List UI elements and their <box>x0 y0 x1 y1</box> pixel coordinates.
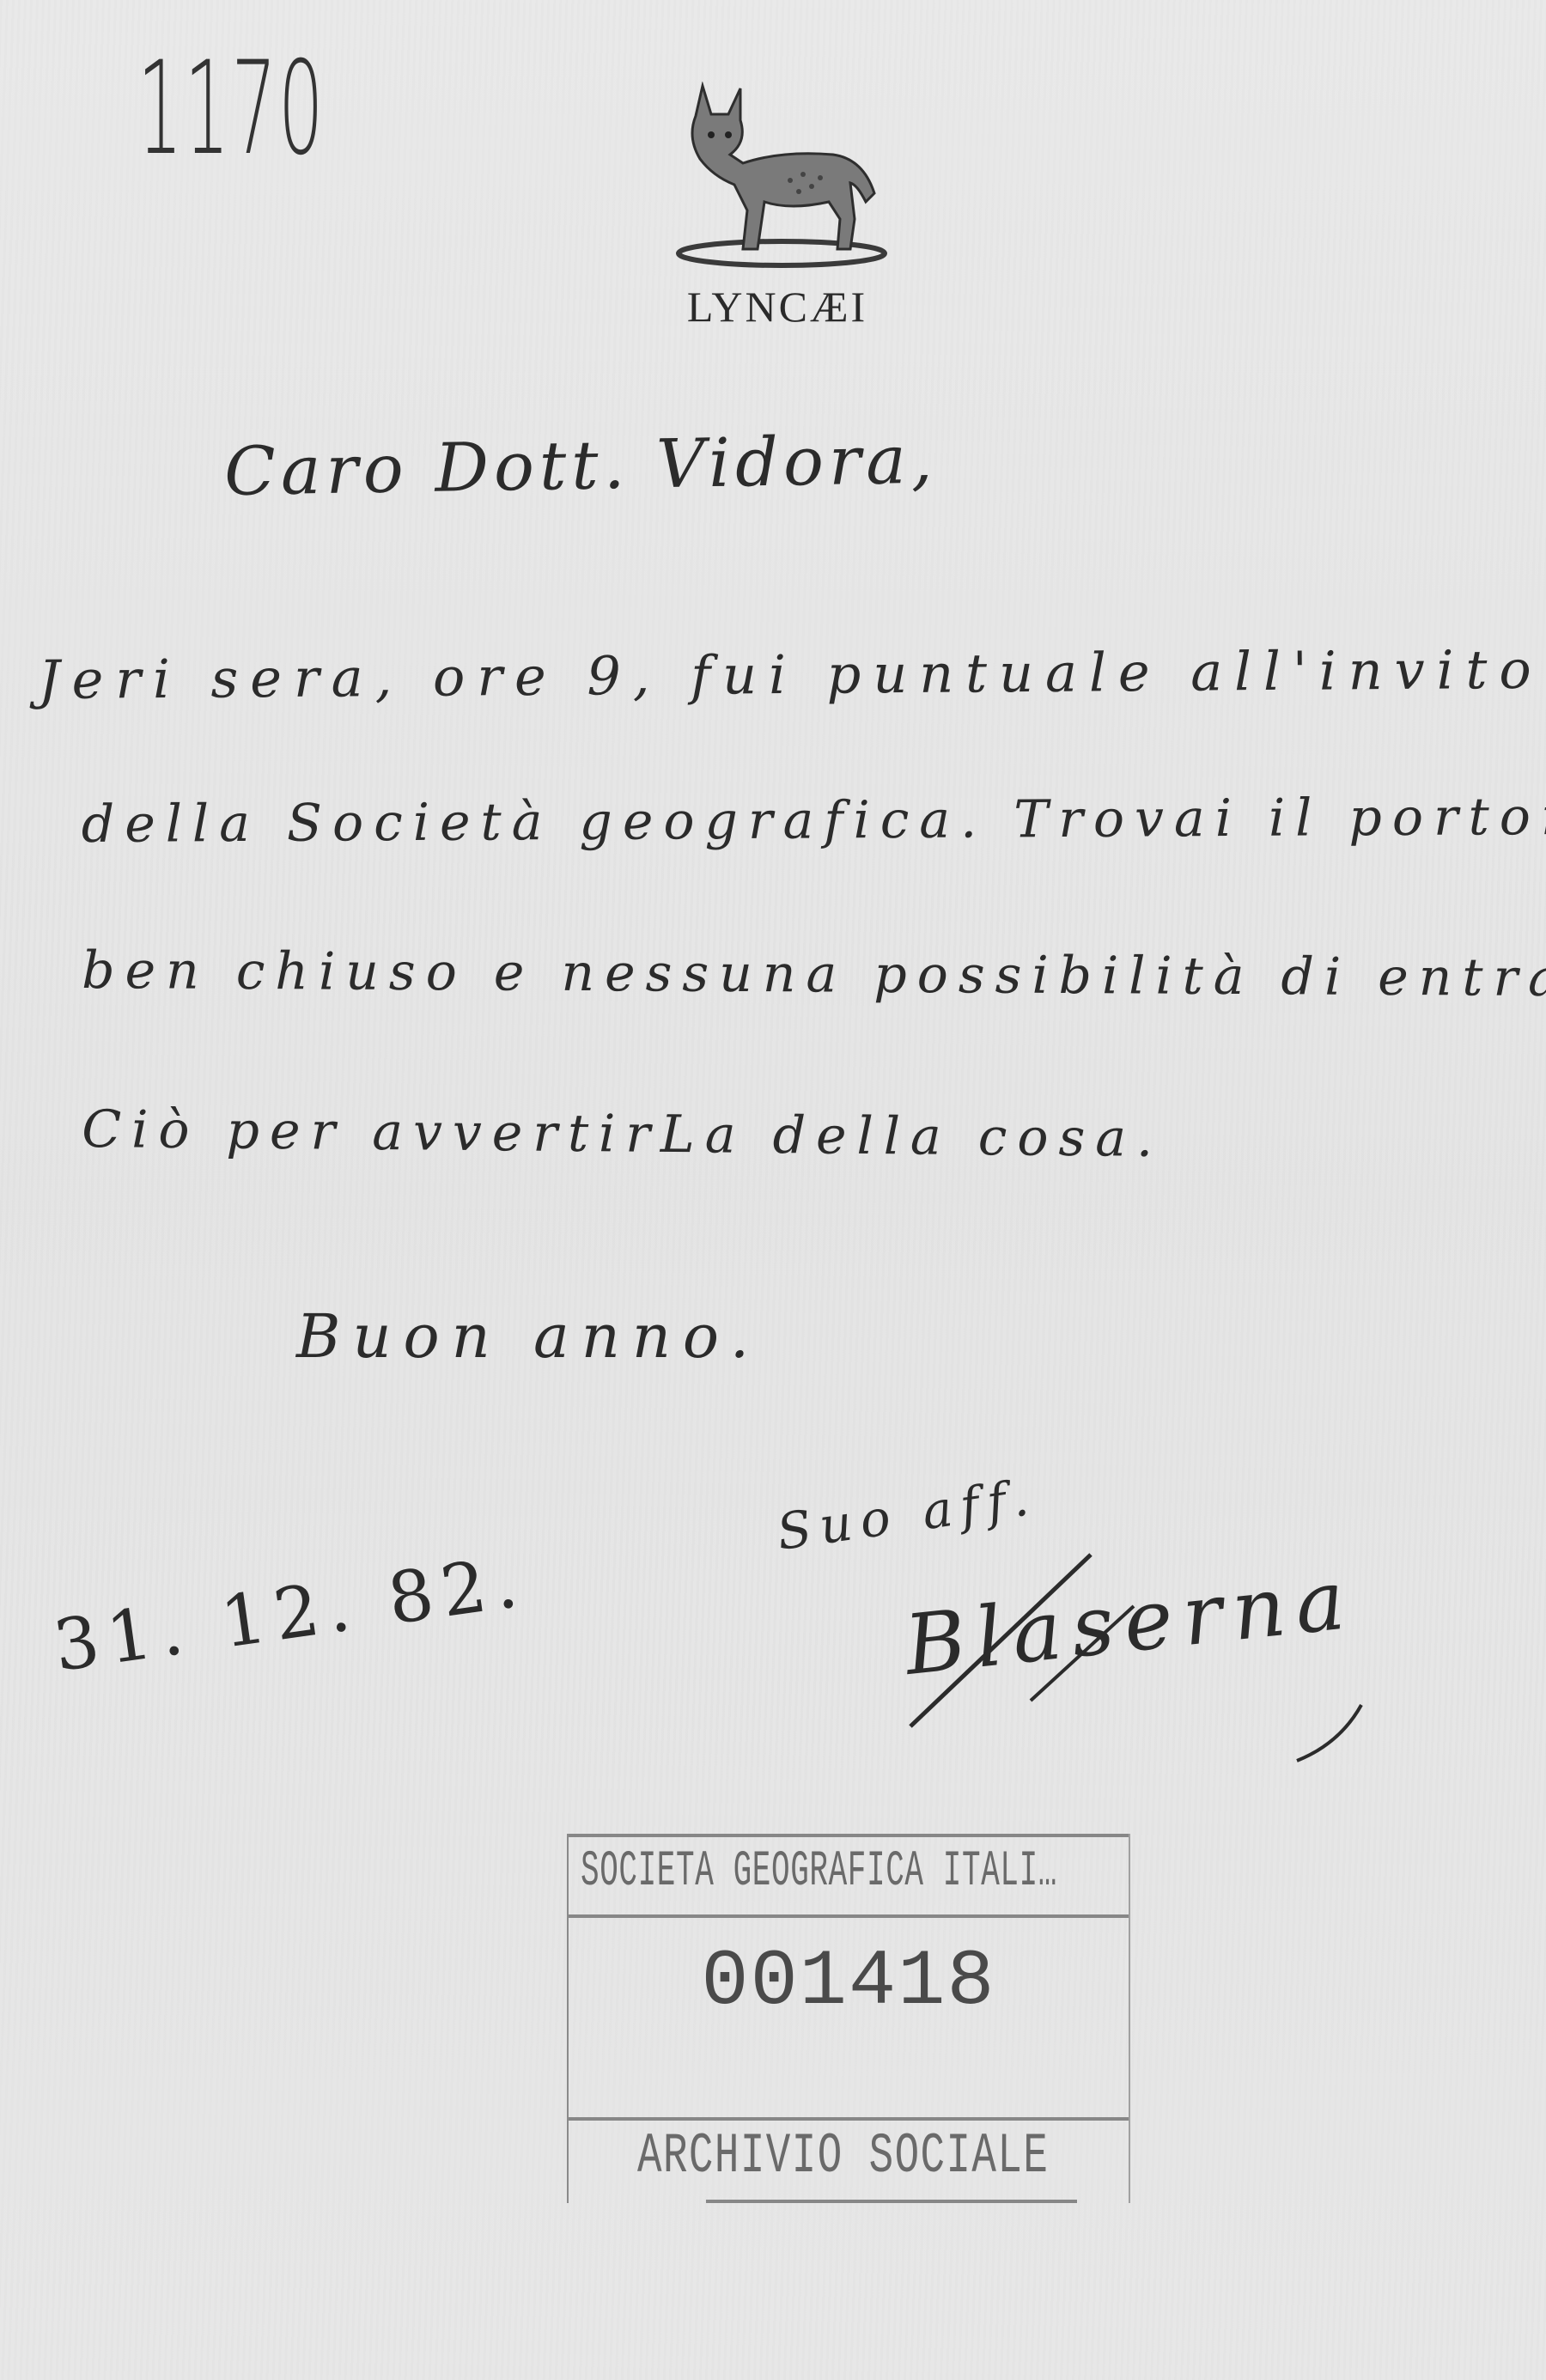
stamp-number: 001418 <box>569 1937 1129 2027</box>
body-line: Ciò per avvertirLa della cosa. <box>82 1099 1163 1169</box>
signature-name: Blaserna <box>900 1551 1359 1694</box>
letterhead-label: LYNCÆI <box>657 282 898 332</box>
signature-prefix: Suo aff. <box>774 1467 1041 1561</box>
lynx-emblem-icon <box>661 82 893 279</box>
stamp-rule <box>569 1834 1129 1837</box>
body-line: ben chiuso e nessuna possibilità di entr… <box>82 940 1546 1009</box>
stamp-header: SOCIETA GEOGRAFICA ITALI… <box>581 1844 1057 1900</box>
stamp-rule <box>706 2200 1077 2203</box>
stamp-rule <box>569 1914 1129 1918</box>
letter-page: 1170 LYNCÆI Caro Dott. Vidora, Jeri sera… <box>0 0 1546 2380</box>
stamp-rule <box>569 2117 1129 2121</box>
letter-date: 31. 12. 82. <box>49 1541 531 1688</box>
stamp-footer: ARCHIVIO SOCIALE <box>637 2124 1049 2188</box>
archive-stamp: SOCIETA GEOGRAFICA ITALI… 001418 ARCHIVI… <box>567 1834 1130 2203</box>
archive-annotation: 1170 <box>137 34 326 184</box>
closing: Buon anno. <box>296 1301 761 1372</box>
body-line: della Società geografica. Trovai il port… <box>82 787 1546 855</box>
body-line: Jeri sera, ore 9, fui puntuale all'invit… <box>38 638 1543 711</box>
salutation: Caro Dott. Vidora, <box>223 422 938 511</box>
